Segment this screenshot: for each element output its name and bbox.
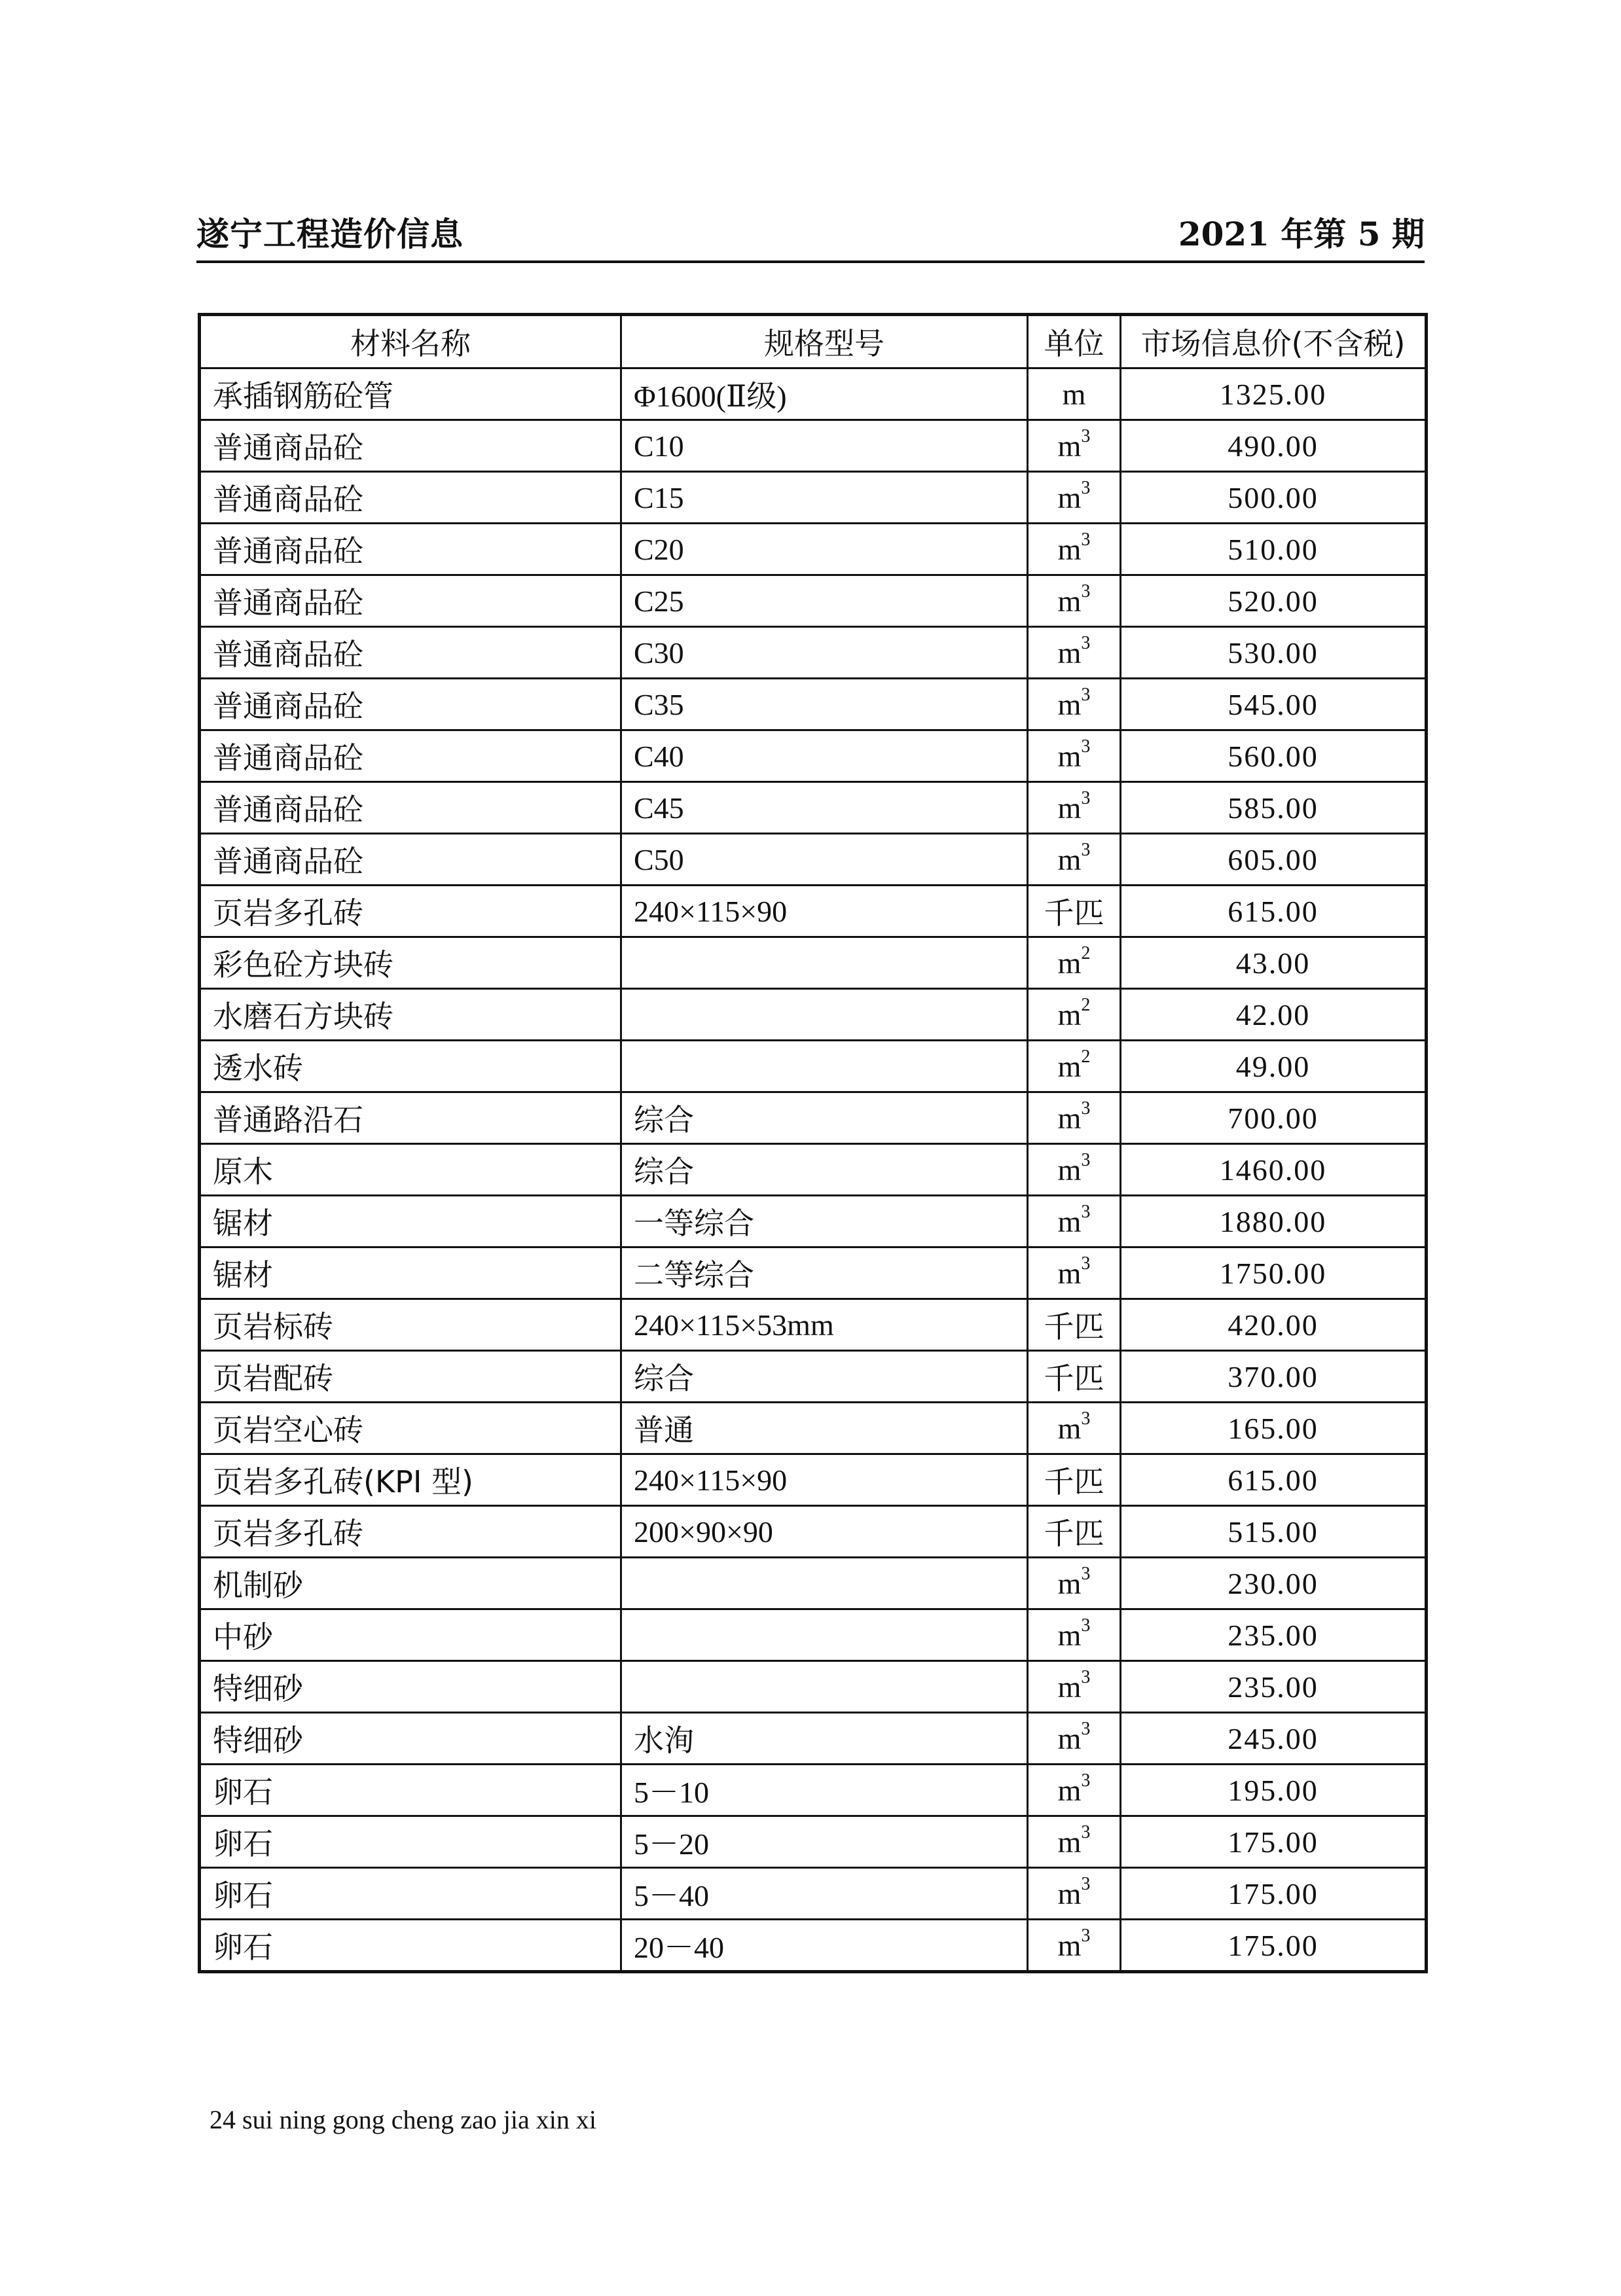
material-name-cell: 中砂: [200, 1609, 621, 1661]
spec-cell: 20－40: [621, 1920, 1028, 1972]
price-cell: 615.00: [1121, 886, 1427, 937]
unit-text: m: [1058, 1412, 1082, 1445]
unit-text: m: [1058, 1877, 1082, 1910]
material-name-cell: 普通路沿石: [200, 1092, 621, 1144]
publication-title: 遂宁工程造价信息: [196, 208, 464, 255]
unit-exponent: 3: [1081, 1408, 1090, 1429]
material-name-cell: 普通商品砼: [200, 524, 621, 575]
unit-exponent: 3: [1081, 1667, 1090, 1687]
unit-cell: m3: [1028, 782, 1121, 834]
spec-cell: 240×115×90: [621, 1454, 1028, 1506]
table-row: 页岩多孔砖200×90×90千匹515.00: [200, 1506, 1427, 1558]
material-name-cell: 锯材: [200, 1247, 621, 1299]
column-header-price: 市场信息价(不含税): [1121, 315, 1427, 368]
page-footer: 24 sui ning gong cheng zao jia xin xi: [209, 2104, 596, 2135]
material-name-cell: 页岩标砖: [200, 1299, 621, 1351]
unit-text: m: [1058, 1257, 1082, 1290]
unit-exponent: 3: [1081, 1253, 1090, 1274]
spec-cell: 240×115×53mm: [621, 1299, 1028, 1351]
unit-text: m: [1058, 1153, 1082, 1187]
material-name-cell: 水磨石方块砖: [200, 989, 621, 1041]
unit-text: m: [1058, 1929, 1082, 1962]
unit-text: m: [1058, 1670, 1082, 1704]
material-name-cell: 卵石: [200, 1868, 621, 1920]
table-row: 卵石5－10m3195.00: [200, 1765, 1427, 1816]
unit-cell: m3: [1028, 1196, 1121, 1247]
spec-cell: [621, 1661, 1028, 1713]
price-cell: 420.00: [1121, 1299, 1427, 1351]
unit-text: m: [1058, 1825, 1082, 1859]
table-row: 卵石20－40m3175.00: [200, 1920, 1427, 1972]
unit-text: m: [1058, 429, 1082, 463]
spec-cell: 240×115×90: [621, 886, 1028, 937]
table-header-row: 材料名称 规格型号 单位 市场信息价(不含税): [200, 315, 1427, 368]
unit-text: m: [1058, 688, 1082, 721]
table-row: 页岩空心砖普通m3165.00: [200, 1403, 1427, 1454]
material-name-cell: 普通商品砼: [200, 782, 621, 834]
price-cell: 370.00: [1121, 1351, 1427, 1403]
unit-text: m: [1058, 791, 1082, 825]
header-divider: [196, 260, 1425, 263]
spec-cell: 水洵: [621, 1713, 1028, 1765]
unit-exponent: 2: [1081, 943, 1090, 963]
unit-cell: m2: [1028, 1041, 1121, 1092]
table-row: 透水砖m249.00: [200, 1041, 1427, 1092]
unit-cell: m3: [1028, 1765, 1121, 1816]
unit-exponent: 3: [1081, 1098, 1090, 1119]
unit-cell: 千匹: [1028, 886, 1121, 937]
unit-cell: m3: [1028, 627, 1121, 679]
price-cell: 195.00: [1121, 1765, 1427, 1816]
table-row: 锯材一等综合m31880.00: [200, 1196, 1427, 1247]
unit-exponent: 3: [1081, 633, 1090, 653]
price-cell: 500.00: [1121, 472, 1427, 524]
spec-cell: [621, 1041, 1028, 1092]
material-name-cell: 页岩配砖: [200, 1351, 621, 1403]
unit-text: m: [1058, 998, 1082, 1031]
table-row: 承插钢筋砼管Φ1600(Ⅱ级)m1325.00: [200, 368, 1427, 420]
material-name-cell: 锯材: [200, 1196, 621, 1247]
material-name-cell: 特细砂: [200, 1713, 621, 1765]
unit-cell: m3: [1028, 1661, 1121, 1713]
unit-text: m: [1063, 378, 1086, 411]
unit-exponent: 3: [1081, 736, 1090, 757]
table-row: 普通商品砼C10m3490.00: [200, 420, 1427, 472]
price-cell: 42.00: [1121, 989, 1427, 1041]
spec-cell: C40: [621, 730, 1028, 782]
material-name-cell: 页岩多孔砖: [200, 886, 621, 937]
unit-exponent: 3: [1081, 788, 1090, 808]
unit-exponent: 3: [1081, 529, 1090, 550]
price-cell: 175.00: [1121, 1816, 1427, 1868]
unit-exponent: 3: [1081, 685, 1090, 705]
price-cell: 520.00: [1121, 575, 1427, 627]
price-cell: 235.00: [1121, 1609, 1427, 1661]
unit-cell: m2: [1028, 989, 1121, 1041]
unit-exponent: 3: [1081, 1770, 1090, 1791]
unit-cell: 千匹: [1028, 1506, 1121, 1558]
unit-text: m: [1058, 1619, 1082, 1652]
table-row: 原木综合m31460.00: [200, 1144, 1427, 1196]
unit-text: m: [1058, 740, 1082, 773]
unit-cell: m3: [1028, 834, 1121, 886]
price-cell: 230.00: [1121, 1558, 1427, 1609]
table-row: 特细砂m3235.00: [200, 1661, 1427, 1713]
table-row: 普通商品砼C25m3520.00: [200, 575, 1427, 627]
price-cell: 43.00: [1121, 937, 1427, 989]
unit-cell: 千匹: [1028, 1351, 1121, 1403]
price-cell: 530.00: [1121, 627, 1427, 679]
price-cell: 585.00: [1121, 782, 1427, 834]
unit-text: m: [1058, 1205, 1082, 1238]
material-name-cell: 普通商品砼: [200, 834, 621, 886]
table-row: 普通商品砼C50m3605.00: [200, 834, 1427, 886]
price-cell: 1880.00: [1121, 1196, 1427, 1247]
price-cell: 165.00: [1121, 1403, 1427, 1454]
unit-text: m: [1058, 584, 1082, 618]
unit-text: m: [1058, 1722, 1082, 1755]
unit-cell: m3: [1028, 1558, 1121, 1609]
column-header-spec: 规格型号: [621, 315, 1028, 368]
spec-cell: C45: [621, 782, 1028, 834]
material-name-cell: 页岩多孔砖: [200, 1506, 621, 1558]
material-name-cell: 彩色砼方块砖: [200, 937, 621, 989]
unit-cell: m3: [1028, 1713, 1121, 1765]
spec-cell: 200×90×90: [621, 1506, 1028, 1558]
material-name-cell: 普通商品砼: [200, 472, 621, 524]
unit-cell: m3: [1028, 1247, 1121, 1299]
unit-text: m: [1058, 946, 1082, 980]
table-row: 卵石5－40m3175.00: [200, 1868, 1427, 1920]
unit-exponent: 3: [1081, 1615, 1090, 1636]
material-name-cell: 卵石: [200, 1816, 621, 1868]
spec-cell: C30: [621, 627, 1028, 679]
material-name-cell: 普通商品砼: [200, 627, 621, 679]
material-name-cell: 页岩空心砖: [200, 1403, 621, 1454]
unit-cell: m3: [1028, 524, 1121, 575]
material-name-cell: 普通商品砼: [200, 420, 621, 472]
spec-cell: 5－40: [621, 1868, 1028, 1920]
unit-exponent: 3: [1081, 1202, 1090, 1222]
price-cell: 515.00: [1121, 1506, 1427, 1558]
unit-text: 千匹: [1044, 1465, 1104, 1499]
price-cell: 175.00: [1121, 1868, 1427, 1920]
table-row: 普通商品砼C20m3510.00: [200, 524, 1427, 575]
unit-cell: m3: [1028, 1403, 1121, 1454]
unit-cell: m3: [1028, 1920, 1121, 1972]
table-row: 水磨石方块砖m242.00: [200, 989, 1427, 1041]
unit-text: 千匹: [1044, 897, 1104, 930]
spec-cell: C15: [621, 472, 1028, 524]
table-row: 普通商品砼C30m3530.00: [200, 627, 1427, 679]
spec-cell: C20: [621, 524, 1028, 575]
price-cell: 1460.00: [1121, 1144, 1427, 1196]
spec-cell: [621, 989, 1028, 1041]
table-row: 锯材二等综合m31750.00: [200, 1247, 1427, 1299]
unit-cell: m2: [1028, 937, 1121, 989]
unit-cell: m3: [1028, 1609, 1121, 1661]
spec-cell: [621, 1558, 1028, 1609]
spec-cell: [621, 937, 1028, 989]
material-name-cell: 普通商品砼: [200, 730, 621, 782]
unit-text: m: [1058, 1774, 1082, 1807]
table-row: 普通商品砼C35m3545.00: [200, 679, 1427, 730]
unit-text: m: [1058, 533, 1082, 566]
unit-text: 千匹: [1044, 1310, 1104, 1344]
table-row: 普通路沿石综合m3700.00: [200, 1092, 1427, 1144]
price-cell: 49.00: [1121, 1041, 1427, 1092]
unit-cell: m: [1028, 368, 1121, 420]
price-cell: 1750.00: [1121, 1247, 1427, 1299]
unit-exponent: 3: [1081, 840, 1090, 860]
price-cell: 615.00: [1121, 1454, 1427, 1506]
unit-exponent: 3: [1081, 1564, 1090, 1584]
unit-cell: m3: [1028, 575, 1121, 627]
table-row: 普通商品砼C40m3560.00: [200, 730, 1427, 782]
table-row: 页岩标砖240×115×53mm千匹420.00: [200, 1299, 1427, 1351]
table-row: 页岩配砖综合千匹370.00: [200, 1351, 1427, 1403]
unit-cell: m3: [1028, 420, 1121, 472]
table-row: 中砂m3235.00: [200, 1609, 1427, 1661]
spec-cell: [621, 1609, 1028, 1661]
material-name-cell: 页岩多孔砖(KPI 型): [200, 1454, 621, 1506]
unit-cell: m3: [1028, 472, 1121, 524]
price-cell: 560.00: [1121, 730, 1427, 782]
unit-text: m: [1058, 1050, 1082, 1083]
price-cell: 1325.00: [1121, 368, 1427, 420]
unit-cell: m3: [1028, 1092, 1121, 1144]
unit-exponent: 3: [1081, 1150, 1090, 1170]
column-header-name: 材料名称: [200, 315, 621, 368]
unit-text: m: [1058, 1567, 1082, 1600]
price-cell: 490.00: [1121, 420, 1427, 472]
unit-exponent: 3: [1081, 478, 1090, 498]
table-row: 页岩多孔砖240×115×90千匹615.00: [200, 886, 1427, 937]
spec-cell: C25: [621, 575, 1028, 627]
table-row: 普通商品砼C15m3500.00: [200, 472, 1427, 524]
price-cell: 235.00: [1121, 1661, 1427, 1713]
unit-cell: m3: [1028, 730, 1121, 782]
unit-exponent: 3: [1081, 581, 1090, 601]
spec-cell: 综合: [621, 1092, 1028, 1144]
unit-text: m: [1058, 636, 1082, 670]
unit-exponent: 3: [1081, 426, 1090, 446]
spec-cell: Φ1600(Ⅱ级): [621, 368, 1028, 420]
price-cell: 245.00: [1121, 1713, 1427, 1765]
price-table: 材料名称 规格型号 单位 市场信息价(不含税) 承插钢筋砼管Φ1600(Ⅱ级)m…: [198, 313, 1428, 1973]
unit-exponent: 2: [1081, 1047, 1090, 1067]
table-row: 页岩多孔砖(KPI 型)240×115×90千匹615.00: [200, 1454, 1427, 1506]
table-row: 彩色砼方块砖m243.00: [200, 937, 1427, 989]
unit-cell: m3: [1028, 1816, 1121, 1868]
unit-text: 千匹: [1044, 1362, 1104, 1395]
material-name-cell: 透水砖: [200, 1041, 621, 1092]
price-cell: 175.00: [1121, 1920, 1427, 1972]
price-cell: 545.00: [1121, 679, 1427, 730]
spec-cell: C10: [621, 420, 1028, 472]
price-cell: 700.00: [1121, 1092, 1427, 1144]
unit-text: m: [1058, 1102, 1082, 1135]
spec-cell: C35: [621, 679, 1028, 730]
unit-text: m: [1058, 481, 1082, 514]
spec-cell: 5－10: [621, 1765, 1028, 1816]
spec-cell: 综合: [621, 1351, 1028, 1403]
unit-cell: 千匹: [1028, 1299, 1121, 1351]
unit-cell: m3: [1028, 679, 1121, 730]
table-row: 普通商品砼C45m3585.00: [200, 782, 1427, 834]
spec-cell: 综合: [621, 1144, 1028, 1196]
unit-exponent: 3: [1081, 1926, 1090, 1946]
material-name-cell: 普通商品砼: [200, 575, 621, 627]
issue-label: 2021 年第 5 期: [1178, 208, 1425, 255]
table-row: 特细砂水洵m3245.00: [200, 1713, 1427, 1765]
table-row: 卵石5－20m3175.00: [200, 1816, 1427, 1868]
unit-exponent: 3: [1081, 1822, 1090, 1842]
unit-cell: 千匹: [1028, 1454, 1121, 1506]
spec-cell: C50: [621, 834, 1028, 886]
price-cell: 510.00: [1121, 524, 1427, 575]
unit-exponent: 3: [1081, 1719, 1090, 1739]
unit-text: 千匹: [1044, 1517, 1104, 1551]
spec-cell: 一等综合: [621, 1196, 1028, 1247]
material-name-cell: 卵石: [200, 1920, 621, 1972]
material-name-cell: 原木: [200, 1144, 621, 1196]
material-name-cell: 卵石: [200, 1765, 621, 1816]
unit-exponent: 3: [1081, 1874, 1090, 1894]
spec-cell: 二等综合: [621, 1247, 1028, 1299]
column-header-unit: 单位: [1028, 315, 1121, 368]
table-body: 承插钢筋砼管Φ1600(Ⅱ级)m1325.00普通商品砼C10m3490.00普…: [200, 368, 1427, 1972]
material-name-cell: 普通商品砼: [200, 679, 621, 730]
table-row: 机制砂m3230.00: [200, 1558, 1427, 1609]
material-name-cell: 机制砂: [200, 1558, 621, 1609]
unit-text: m: [1058, 843, 1082, 876]
spec-cell: 5－20: [621, 1816, 1028, 1868]
unit-cell: m3: [1028, 1144, 1121, 1196]
material-name-cell: 特细砂: [200, 1661, 621, 1713]
material-name-cell: 承插钢筋砼管: [200, 368, 621, 420]
spec-cell: 普通: [621, 1403, 1028, 1454]
price-cell: 605.00: [1121, 834, 1427, 886]
unit-exponent: 2: [1081, 995, 1090, 1015]
unit-cell: m3: [1028, 1868, 1121, 1920]
